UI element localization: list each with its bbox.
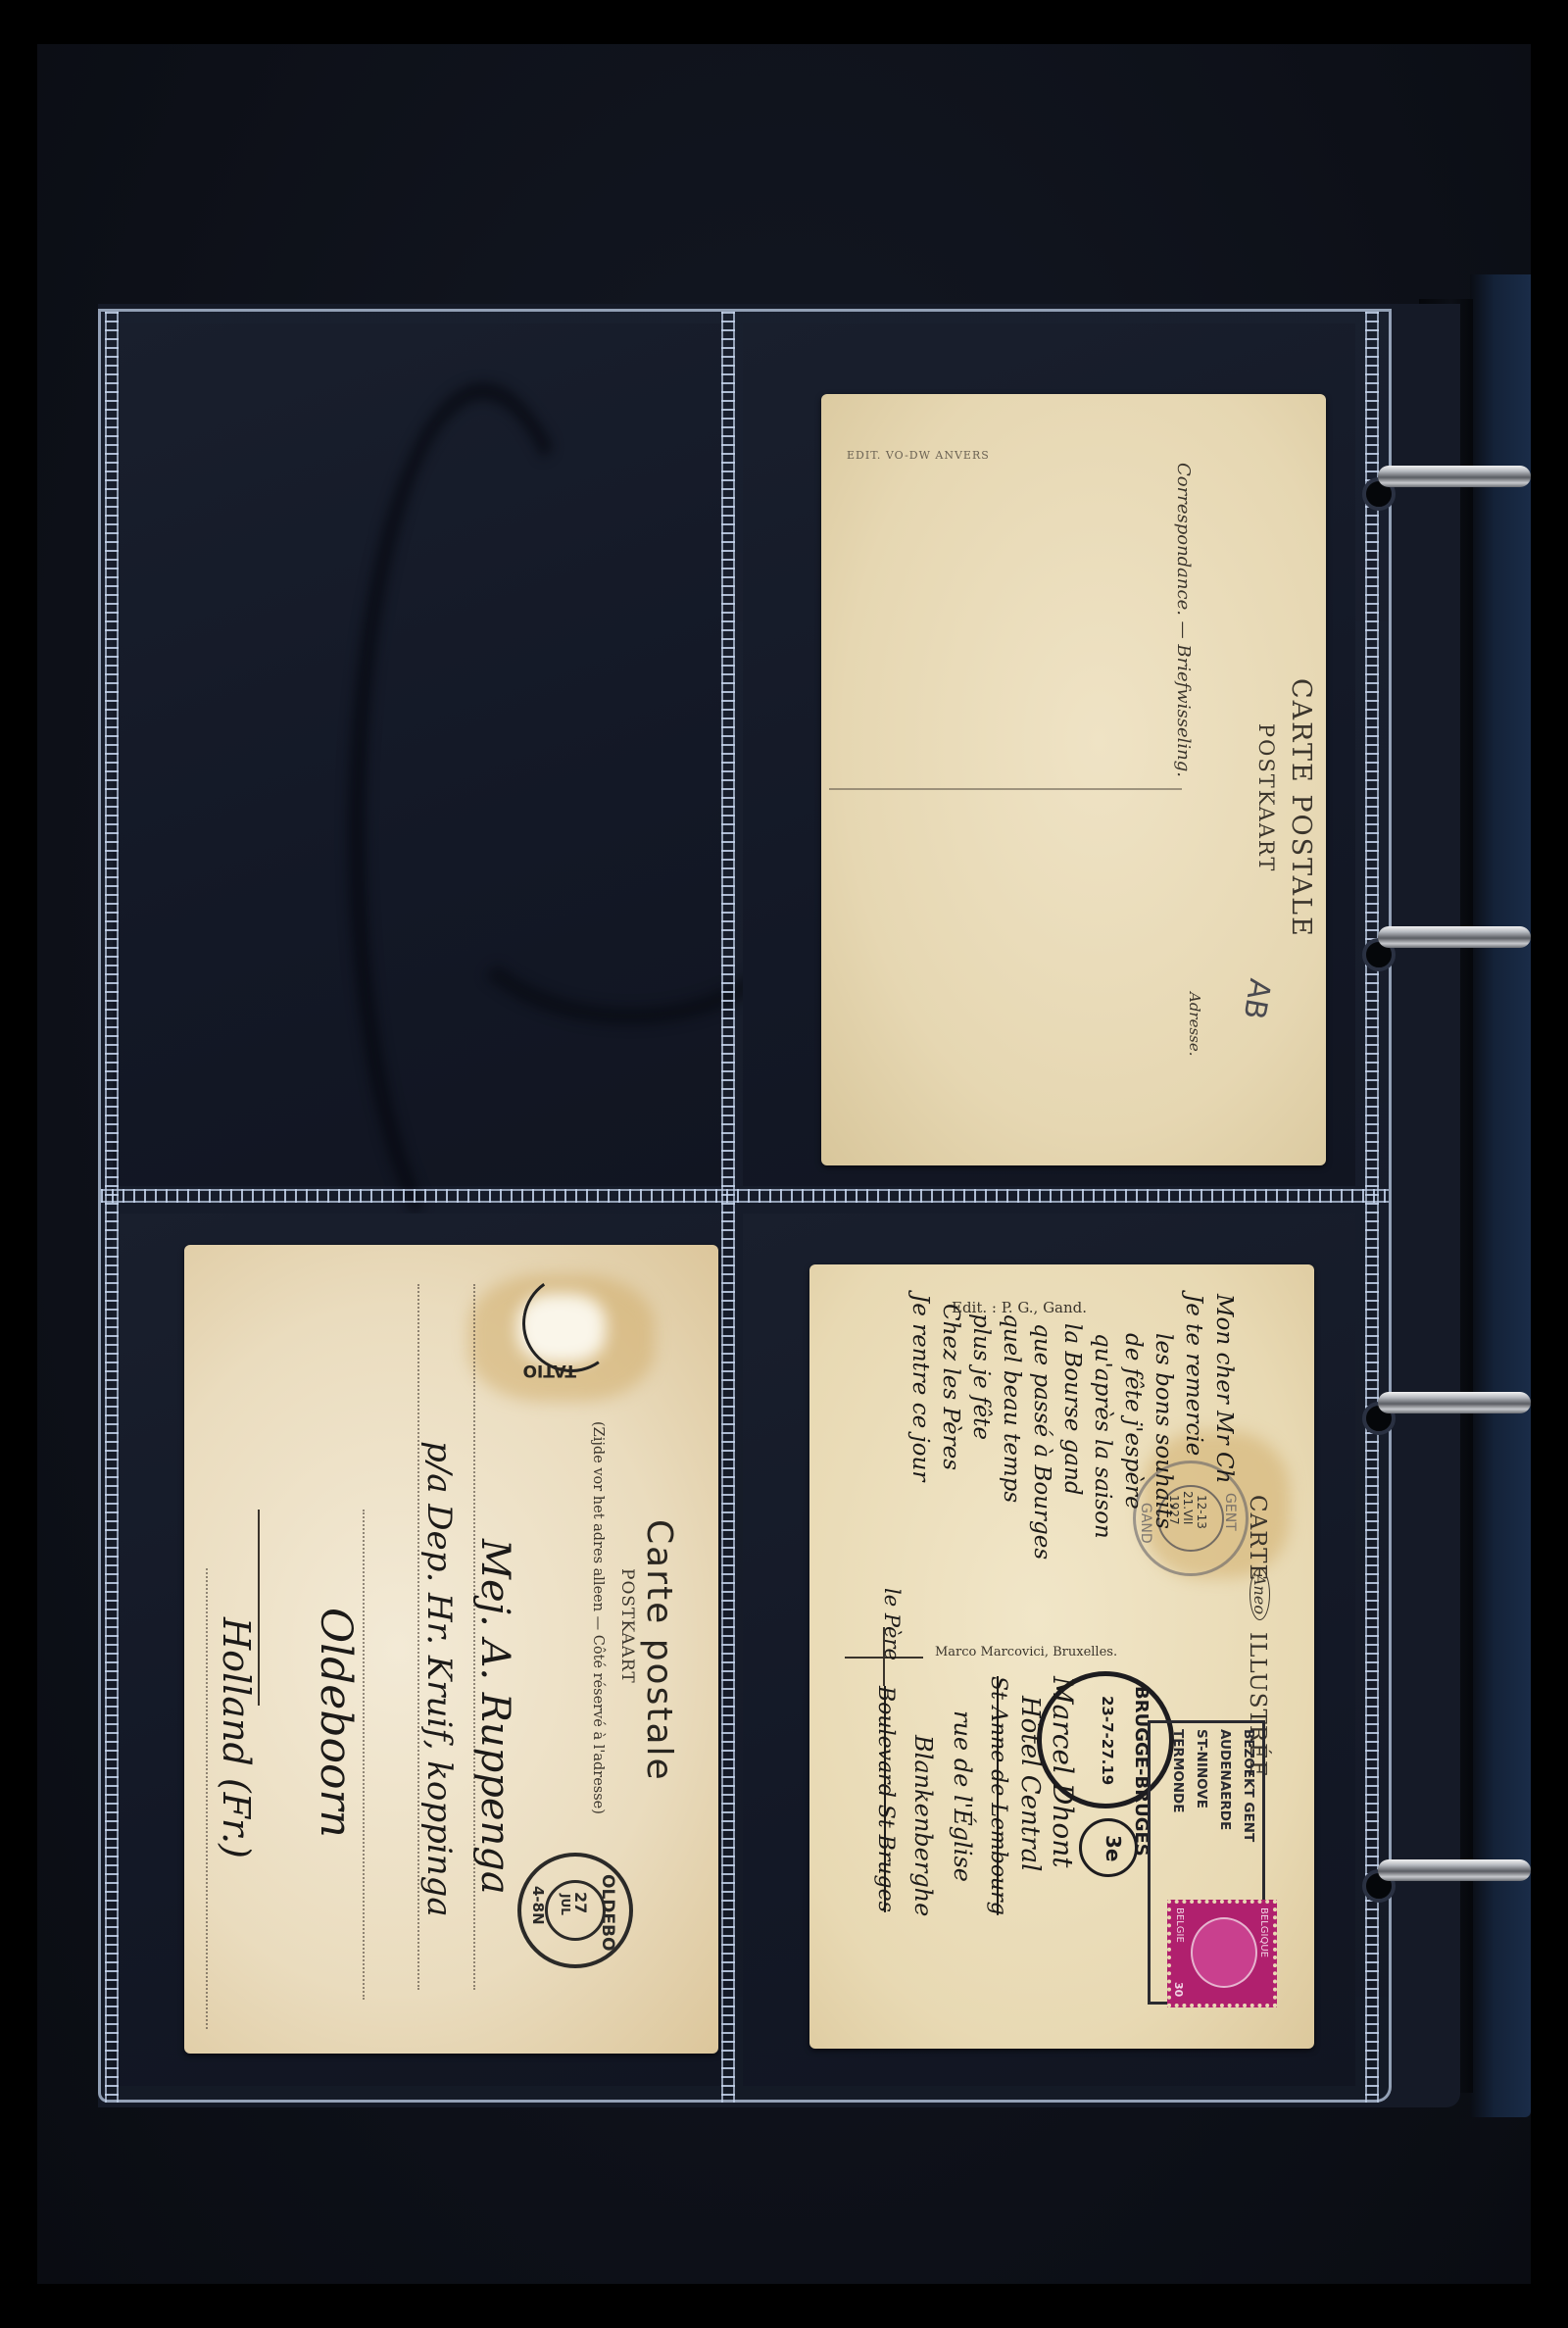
title-tag: Aneo [1249, 1568, 1270, 1620]
rate-circle: 3e [1079, 1818, 1138, 1877]
binder-ring [1378, 1392, 1531, 1413]
sleeve-seam-vertical [721, 312, 735, 2103]
sleeve-seam-right [1365, 312, 1379, 2103]
postmark-time: 12-13 [1195, 1495, 1208, 1529]
address-line: rue de l'Église [949, 1710, 976, 1882]
postmark-date: 23-7-27.19 [1099, 1696, 1116, 1785]
address-handwriting-1: Mej. A. Ruppenga [472, 1539, 517, 1895]
address-line: Boulevard St Bruges [873, 1686, 898, 1912]
postmark-time: 4-8N [529, 1886, 547, 1925]
address-rule [258, 1510, 260, 1706]
postage-stamp: BELGIQUE BELGIE 30 [1167, 1900, 1277, 2007]
address-line: Hôtel Central [1015, 1696, 1045, 1871]
card-title: CARTE POSTALE [1286, 678, 1316, 938]
postcard-bottom-left: TATIO Carte postale POSTKAART (Zijde vor… [184, 1245, 718, 2054]
message-line: plus je fête [968, 1313, 994, 1440]
pocket-top-left [113, 323, 720, 1186]
card-title: Carte postale [639, 1519, 679, 1782]
postmark-month: JUL [559, 1894, 572, 1915]
postcard-bottom-right: Edit. : P. G., Gand. CARTE Aneo ILLUSTRÉ… [809, 1264, 1314, 2049]
postcard-top-right: EDIT. VO-DW ANVERS Correspondance. — Bri… [821, 394, 1326, 1165]
address-line: Marcel Dhont [1047, 1676, 1079, 1867]
partial-cancel-text: TATIO [523, 1361, 577, 1380]
card-subtitle: POSTKAART [1254, 723, 1278, 872]
printer-imprint: Marco Marcovici, Bruxelles. [935, 1645, 1117, 1659]
album-photo: EDIT. VO-DW ANVERS Correspondance. — Bri… [37, 44, 1531, 2284]
stamp-value: 30 [1172, 1982, 1185, 1997]
publisher-imprint: EDIT. VO-DW ANVERS [847, 449, 990, 462]
postmark-day: 27 [571, 1892, 590, 1913]
postmark-town: OLDEBO [598, 1874, 617, 1951]
address-line [206, 1568, 208, 2029]
binder-spine [1470, 274, 1531, 2117]
address-label: Adresse. [1186, 992, 1203, 1057]
message-line: la Bourse gand [1059, 1323, 1085, 1496]
sleeve-seam-horizontal [101, 1189, 1389, 1203]
correspondence-label: Correspondance. — Briefwisseling. [1173, 463, 1194, 777]
address-handwriting-3: Oldeboorn [311, 1608, 361, 1838]
stamp-country: BELGIQUE [1258, 1907, 1269, 1957]
message-line: Mon cher Mr Ch [1211, 1294, 1237, 1483]
slogan-line: TERMONDE [1170, 1729, 1186, 1812]
binder-ring [1378, 1859, 1531, 1881]
message-line: Je te remercie [1181, 1294, 1206, 1456]
message-line: Je rentre ce jour [907, 1294, 933, 1481]
slogan-line: AUDENAERDE [1217, 1729, 1233, 1830]
stamp-portrait [1191, 1917, 1257, 1988]
message-line: le Père [880, 1588, 904, 1660]
binder-ring [1378, 926, 1531, 948]
postmark-town: GENT [1222, 1493, 1238, 1531]
message-line: que passé à Bourges [1029, 1323, 1054, 1560]
rate-text: 3e [1102, 1835, 1125, 1861]
card-subtitle: POSTKAART [617, 1568, 637, 1684]
address-handwriting-4: Holland (Fr.) [215, 1617, 258, 1858]
message-line: de fête j'espère [1120, 1333, 1146, 1510]
sleeve-seam-left [105, 312, 119, 2103]
message-line: les bons souhaits [1151, 1333, 1176, 1529]
message-line: quel beau temps [999, 1313, 1024, 1503]
message-line: Chez les Pères [938, 1304, 963, 1470]
address-line [363, 1510, 365, 2000]
divider-line [829, 788, 1182, 790]
address-line: St Anne de Lembourg [986, 1676, 1010, 1915]
address-instruction: (Zijde vor het adres alleen — Côté réser… [590, 1421, 606, 1814]
oldeboorn-postmark: OLDEBO 27 JUL 4-8N [517, 1853, 633, 1968]
slogan-line: ST-NINOVE [1194, 1729, 1209, 1808]
message-line: qu'après la saison [1090, 1333, 1115, 1539]
pencil-note: AB [1236, 976, 1277, 1022]
stamp-country-nl: BELGIE [1174, 1907, 1185, 1943]
binder-ring [1378, 466, 1531, 487]
slogan-line: BEZOEKT GENT [1241, 1729, 1256, 1842]
address-handwriting-2: p/a Dep. Hr. Kruif, koppinga [419, 1441, 459, 1917]
postmark-date: 21.VII [1181, 1491, 1195, 1524]
address-line: Blankenberghe [909, 1735, 937, 1916]
